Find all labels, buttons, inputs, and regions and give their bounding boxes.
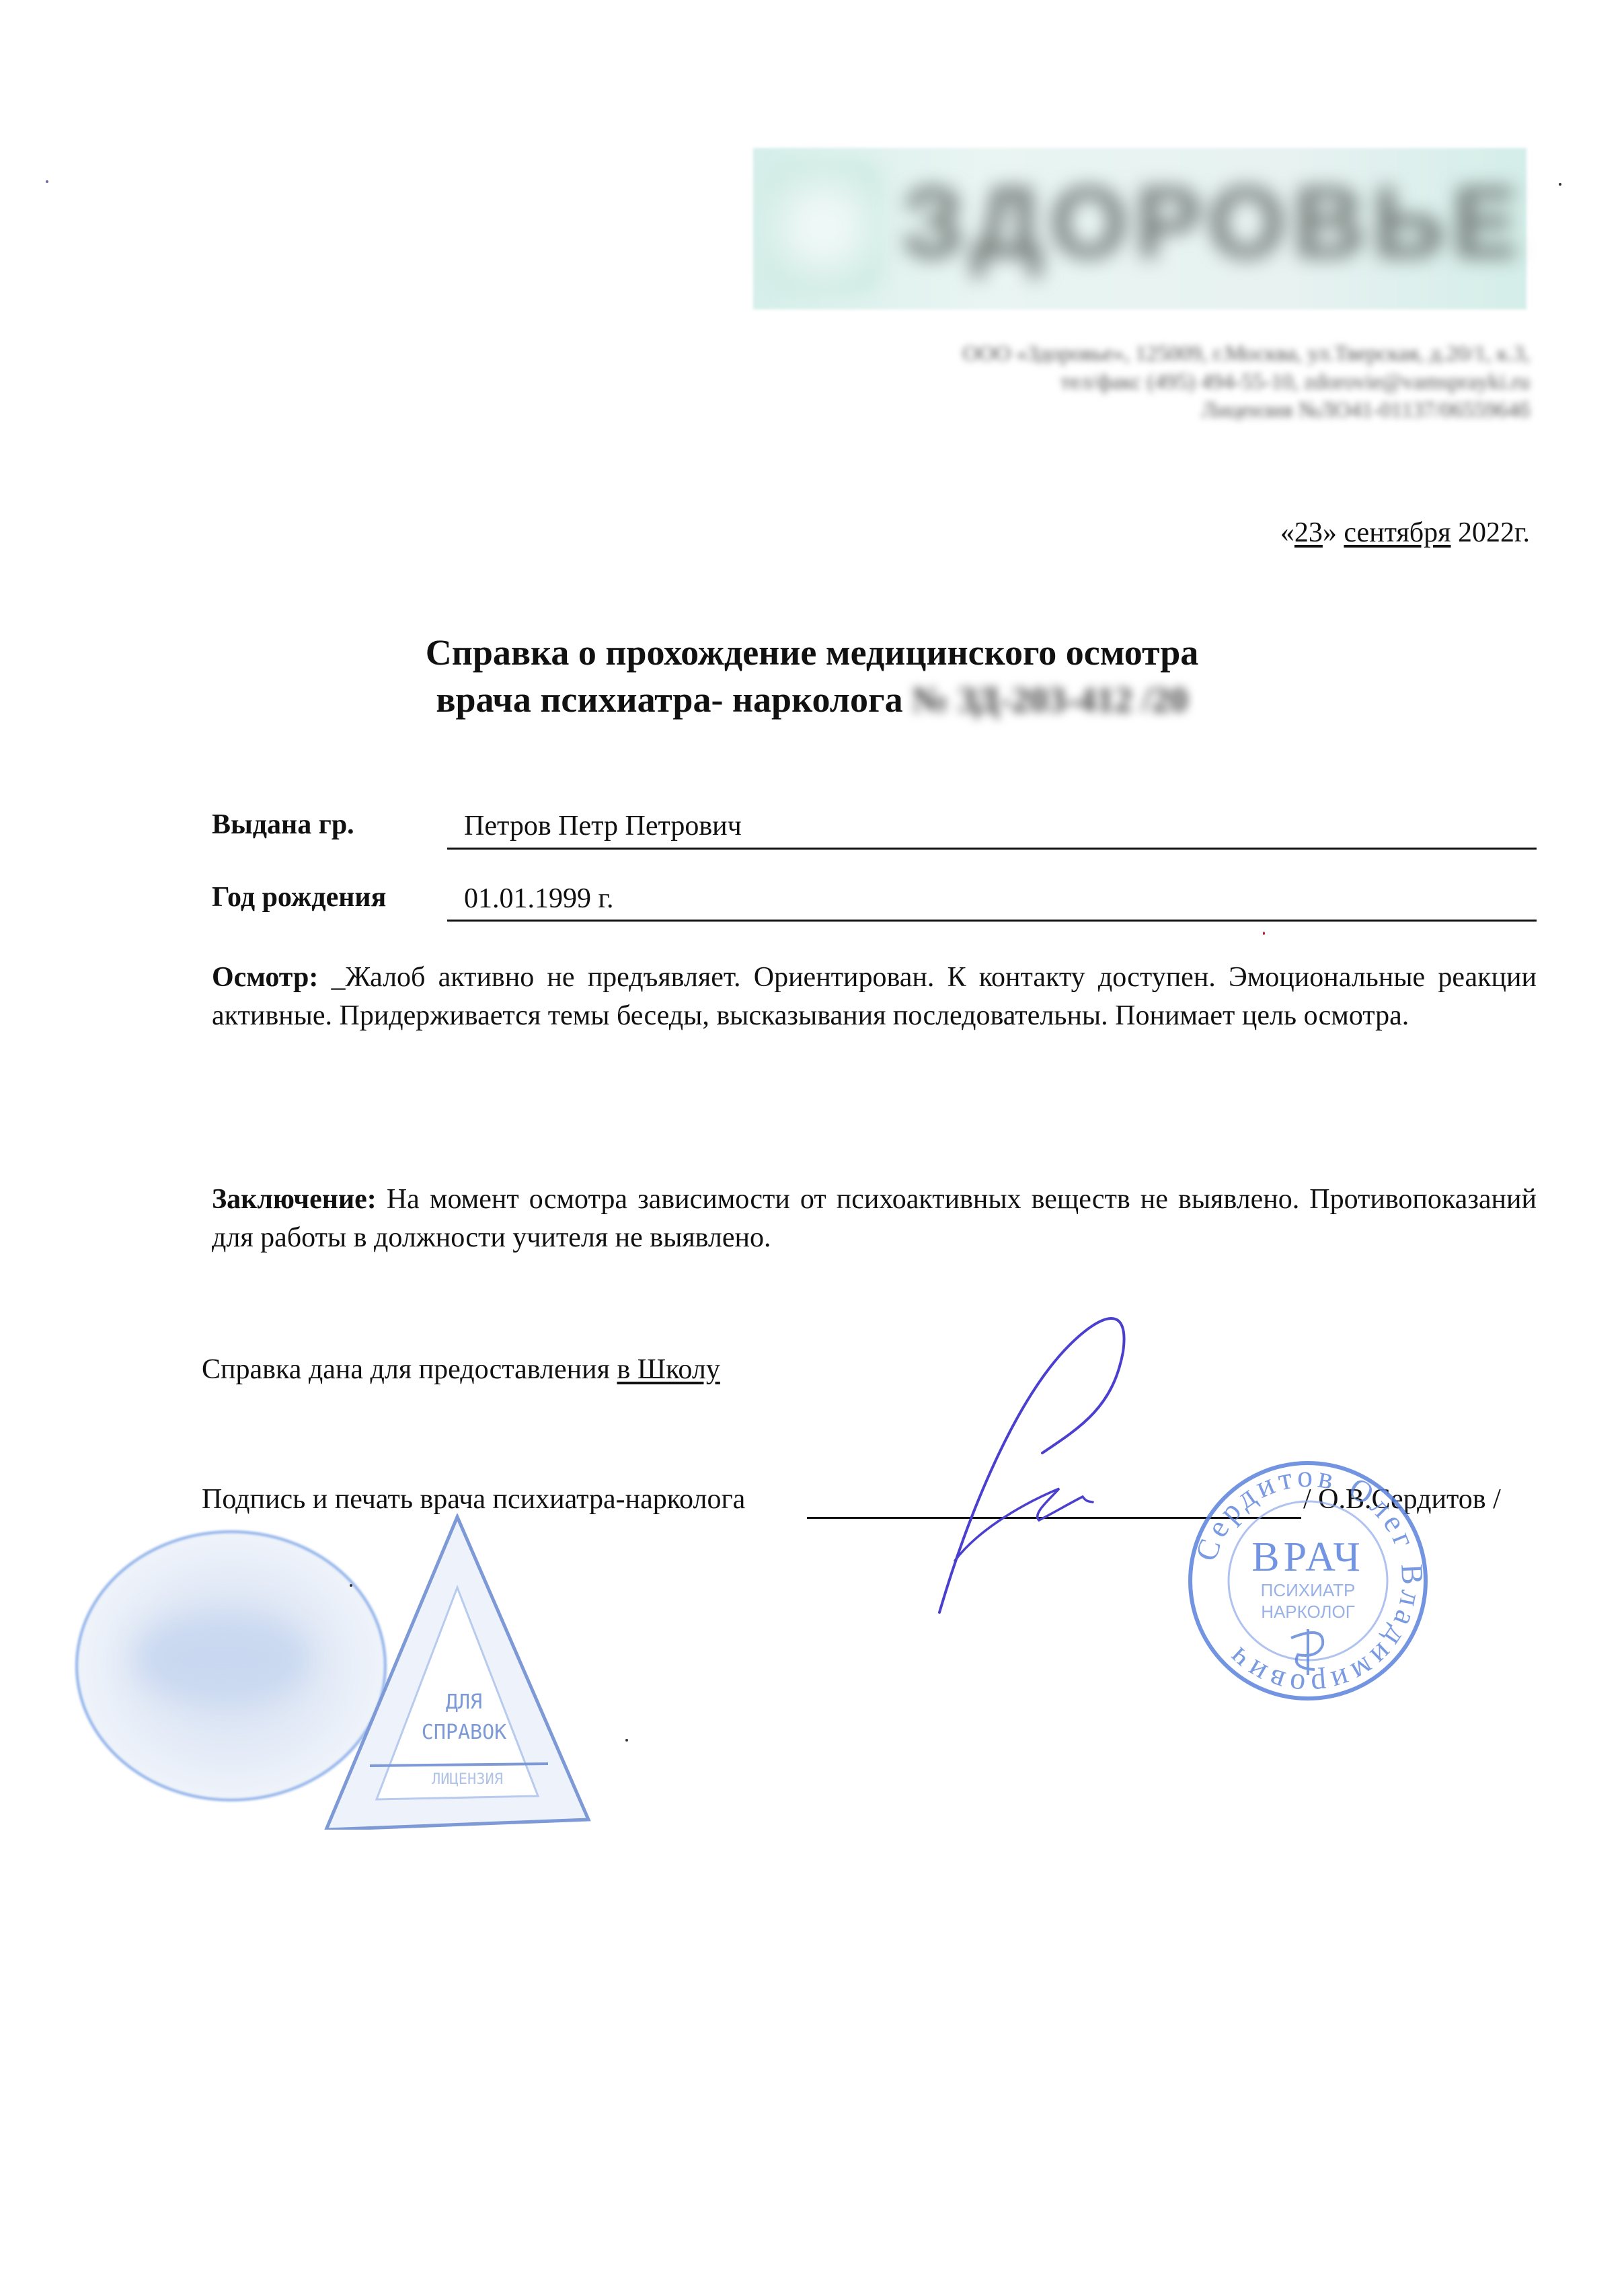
birth-year-label: Год рождения	[212, 881, 386, 913]
doctor-round-stamp: Сердитов Олег Владимирович ВРАЧ ПСИХИАТР…	[1180, 1453, 1436, 1709]
issued-to-value: Петров Петр Петрович	[464, 810, 742, 842]
date-day: 23	[1294, 517, 1323, 548]
date-year: 2022г.	[1458, 517, 1530, 548]
triangle-stamp: ДЛЯ СПРАВОК ЛИЦЕНЗИЯ	[323, 1514, 592, 1830]
logo-mark-icon	[763, 158, 884, 296]
title-line-2: врача психиатра- нарколога № ЗД-203-412 …	[0, 676, 1624, 723]
handwritten-signature	[908, 1312, 1210, 1749]
title-line-1: Справка о прохождение медицинского осмот…	[0, 629, 1624, 676]
address-line: Лицензия №ЛО41-01137/0655964б	[757, 396, 1530, 424]
scan-speck	[1559, 183, 1561, 186]
scan-speck	[625, 1739, 628, 1742]
conclusion-label: Заключение:	[212, 1184, 377, 1215]
conclusion-section: Заключение: На момент осмотра зависимост…	[212, 1181, 1537, 1257]
round-stamp-line-2: НАРКОЛОГ	[1261, 1602, 1355, 1622]
date-month: сентября	[1344, 517, 1451, 548]
address-line: ООО «Здоровье», 125009, г.Москва, ул.Тве…	[757, 340, 1530, 368]
birth-year-value: 01.01.1999 г.	[464, 883, 614, 915]
date-quote-close: »	[1323, 517, 1337, 548]
exam-label: Осмотр:	[212, 962, 318, 993]
company-logo-text: ЗДОРОВЬЕ	[901, 168, 1486, 276]
issued-to-label: Выдана гр.	[212, 809, 354, 841]
address-line: тел/факс (495) 494-55-10, zdorovie@vamsp…	[757, 368, 1530, 396]
issued-to-underline	[447, 848, 1537, 850]
certificate-number: № ЗД-203-412 /20	[912, 679, 1188, 720]
scan-speck	[46, 180, 48, 183]
triangle-stamp-line-3: ЛИЦЕНЗИЯ	[432, 1771, 503, 1788]
exam-section: Осмотр: _Жалоб активно не предъявляет. О…	[212, 959, 1537, 1035]
round-stamp-title: ВРАЧ	[1251, 1534, 1364, 1580]
triangle-stamp-line-2: СПРАВОК	[422, 1721, 506, 1744]
birth-year-underline	[447, 920, 1537, 922]
document-title: Справка о прохождение медицинского осмот…	[0, 629, 1624, 723]
signature-label: Подпись и печать врача психиатра-нарколо…	[202, 1483, 745, 1516]
scan-speck	[350, 1584, 352, 1587]
triangle-stamp-line-1: ДЛЯ	[446, 1690, 482, 1714]
purpose-destination: в Школу	[617, 1354, 720, 1385]
company-address: ООО «Здоровье», 125009, г.Москва, ул.Тве…	[757, 340, 1530, 424]
scan-speck	[1263, 932, 1265, 935]
purpose-line: Справка дана для предоставления в Школу	[202, 1353, 720, 1386]
exam-text: _Жалоб активно не предъявляет. Ориентиро…	[212, 962, 1537, 1031]
conclusion-text: На момент осмотра зависимости от психоак…	[212, 1184, 1537, 1253]
date-quote-open: «	[1280, 517, 1294, 548]
round-stamp-line-1: ПСИХИАТР	[1261, 1580, 1356, 1600]
oval-stamp-blurred-text	[134, 1614, 309, 1702]
title-line-2-text: врача психиатра- нарколога	[436, 679, 902, 720]
purpose-text: Справка дана для предоставления	[202, 1354, 617, 1385]
document-date: «23» сентября 2022г.	[1280, 517, 1530, 549]
